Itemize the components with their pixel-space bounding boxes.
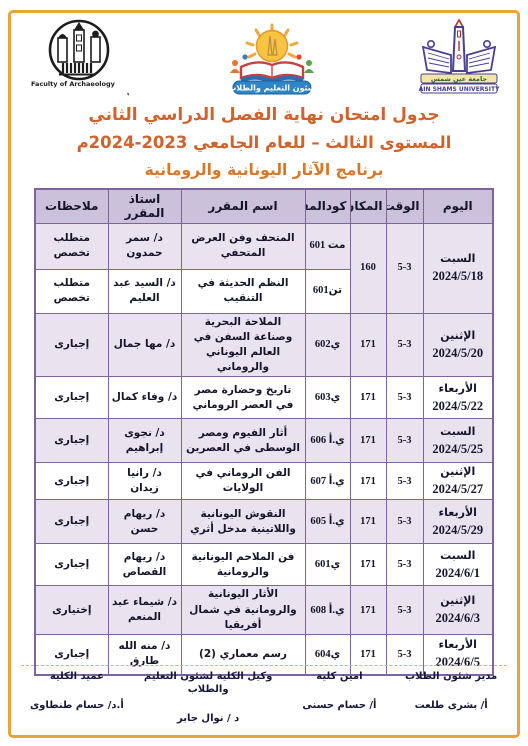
- cell-professor: د/ السيد عبد العليم: [108, 269, 181, 313]
- cell-notes: إجبارى: [35, 313, 108, 377]
- cell-time: 5-3: [386, 586, 423, 635]
- cell-course-code: تن601: [305, 269, 350, 313]
- cell-notes: إجبارى: [35, 377, 108, 419]
- cell-place: 171: [350, 544, 386, 586]
- ain-shams-logo-caption-en: AIN SHAMS UNIVERSITY: [419, 86, 500, 93]
- exam-schedule-table: اليوم الوقت المكان كودالمقرر اسم المقرر …: [34, 188, 494, 676]
- cell-place: 171: [350, 500, 386, 544]
- cell-place: 171: [350, 377, 386, 419]
- faculty-logo-caption-ar: كلية الآثار - جامعة عين شمس: [127, 88, 129, 96]
- cell-time: 5-3: [386, 544, 423, 586]
- table-row: السبت 2024/5/18 5-3 160 مت 601 المتحف وف…: [35, 223, 493, 269]
- cell-notes: متطلب تخصص: [35, 269, 108, 313]
- col-header-time: الوقت: [386, 189, 423, 223]
- cell-course-name: الملاحة البحرية وصناعة السفن في العالم ا…: [181, 313, 305, 377]
- table-row: الإثنين 2024/5/27 5-3 171 ي.أ 607 الفن ا…: [35, 463, 493, 500]
- cell-course-code: مت 601: [305, 223, 350, 269]
- cell-day: السبت 2024/5/18: [423, 223, 493, 313]
- table-row: الأربعاء 2024/5/29 5-3 171 ي.أ 605 النقو…: [35, 500, 493, 544]
- cell-professor: د/ ريهام القصاص: [108, 544, 181, 586]
- cell-course-name: تاريخ وحضارة مصر في العصر الروماني: [181, 377, 305, 419]
- cell-day: السبت 2024/6/1: [423, 544, 493, 586]
- cell-course-name: الفن الروماني في الولايات: [181, 463, 305, 500]
- cell-course-name: النظم الحديثة في التنقيب: [181, 269, 305, 313]
- cell-time: 5-3: [386, 313, 423, 377]
- cell-day: الإثنين 2024/6/3: [423, 586, 493, 635]
- col-header-course-code: كودالمقرر: [305, 189, 350, 223]
- cell-professor: د/ سمر حمدون: [108, 223, 181, 269]
- cell-professor: د/ شيماء عبد المنعم: [108, 586, 181, 635]
- table-row: الأربعاء 2024/5/22 5-3 171 ي603 تاريخ وح…: [35, 377, 493, 419]
- cell-notes: إجبارى: [35, 544, 108, 586]
- cell-place: 171: [350, 586, 386, 635]
- col-header-notes: ملاحظات: [35, 189, 108, 223]
- cell-notes: إجبارى: [35, 500, 108, 544]
- cell-place: 171: [350, 419, 386, 463]
- cell-notes: إجبارى: [35, 463, 108, 500]
- cell-notes: إختيارى: [35, 586, 108, 635]
- level-year-subtitle: المستوى الثالث – للعام الجامعي 2023-2024…: [11, 129, 517, 157]
- student-affairs-logo-caption: شئون التعليم والطلاب: [228, 84, 316, 93]
- table-header-row: اليوم الوقت المكان كودالمقرر اسم المقرر …: [35, 189, 493, 223]
- schedule-title: جدول امتحان نهاية الفصل الدراسي الثاني: [11, 101, 517, 129]
- cell-course-code: ي.أ 607: [305, 463, 350, 500]
- cell-day: الإثنين 2024/5/27: [423, 463, 493, 500]
- cell-day: الإثنين 2024/5/20: [423, 313, 493, 377]
- signature-student-affairs-manager: مدير شئون الطلاب أ/ بشرى طلعت: [395, 670, 507, 725]
- ain-shams-logo-caption-ar: جامعة عين شمس: [431, 75, 487, 83]
- cell-course-code: ي.أ 608: [305, 586, 350, 635]
- cell-day: السبت 2024/5/25: [423, 419, 493, 463]
- signatures-footer: مدير شئون الطلاب أ/ بشرى طلعت امين كلية …: [21, 665, 507, 725]
- table-row: الإثنين 2024/5/20 5-3 171 ي602 الملاحة ا…: [35, 313, 493, 377]
- signature-vice-dean: وكيل الكلية لشئون التعليم والطلاب د / نو…: [133, 670, 284, 725]
- cell-notes: إجبارى: [35, 419, 108, 463]
- cell-professor: د/ ريهام حسن: [108, 500, 181, 544]
- cell-place: 171: [350, 463, 386, 500]
- cell-professor: د/ مها جمال: [108, 313, 181, 377]
- cell-course-name: الأثار اليونانية والرومانية في شمال أفري…: [181, 586, 305, 635]
- cell-course-name: أثار الفيوم ومصر الوسطى في العصرين: [181, 419, 305, 463]
- logos-header: Faculty of Archaeology كلية الآثار - جام…: [11, 13, 517, 99]
- program-subtitle: برنامج الآثار اليونانية والرومانية: [11, 157, 517, 184]
- ain-shams-university-logo-icon: جامعة عين شمس AIN SHAMS UNIVERSITY: [415, 17, 503, 101]
- cell-time: 5-3: [386, 377, 423, 419]
- signature-college-secretary: امين كلية أ/ حسام حسنى: [284, 670, 396, 725]
- student-affairs-logo-icon: شئون التعليم والطلاب: [213, 19, 331, 99]
- col-header-professor: استاذ المقرر: [108, 189, 181, 223]
- cell-course-name: النقوش اليونانية واللاتينية مدخل أثري: [181, 500, 305, 544]
- table-row: الإثنين 2024/6/3 5-3 171 ي.أ 608 الأثار …: [35, 586, 493, 635]
- col-header-day: اليوم: [423, 189, 493, 223]
- exam-schedule-page: Faculty of Archaeology كلية الآثار - جام…: [8, 10, 520, 738]
- cell-time: 5-3: [386, 500, 423, 544]
- faculty-logo-caption-en: Faculty of Archaeology: [31, 80, 116, 88]
- cell-professor: د/ نجوى إبراهيم: [108, 419, 181, 463]
- faculty-of-archaeology-logo-icon: Faculty of Archaeology كلية الآثار - جام…: [29, 18, 129, 100]
- cell-course-code: ي603: [305, 377, 350, 419]
- cell-time: 5-3: [386, 419, 423, 463]
- cell-day: الأربعاء 2024/5/22: [423, 377, 493, 419]
- cell-place: 171: [350, 313, 386, 377]
- table-row: السبت 2024/5/25 5-3 171 ي.أ 606 أثار الف…: [35, 419, 493, 463]
- cell-place: 160: [350, 223, 386, 313]
- cell-professor: د/ وفاء كمال: [108, 377, 181, 419]
- cell-course-name: المتحف وفن العرض المتحفي: [181, 223, 305, 269]
- cell-time: 5-3: [386, 223, 423, 313]
- col-header-course-name: اسم المقرر: [181, 189, 305, 223]
- cell-course-code: ي601: [305, 544, 350, 586]
- document-titles: جدول امتحان نهاية الفصل الدراسي الثاني ا…: [11, 101, 517, 184]
- cell-course-code: ي.أ 606: [305, 419, 350, 463]
- cell-course-code: ي.أ 605: [305, 500, 350, 544]
- cell-professor: د/ رانيا زيدان: [108, 463, 181, 500]
- cell-time: 5-3: [386, 463, 423, 500]
- table-row: السبت 2024/6/1 5-3 171 ي601 فن الملاحم ا…: [35, 544, 493, 586]
- col-header-place: المكان: [350, 189, 386, 223]
- cell-course-name: فن الملاحم اليونانية والرومانية: [181, 544, 305, 586]
- cell-notes: متطلب تخصص: [35, 223, 108, 269]
- cell-day: الأربعاء 2024/5/29: [423, 500, 493, 544]
- cell-course-code: ي602: [305, 313, 350, 377]
- signature-dean: عميد الكلية أ.د/ حسام طنطاوى: [21, 670, 133, 725]
